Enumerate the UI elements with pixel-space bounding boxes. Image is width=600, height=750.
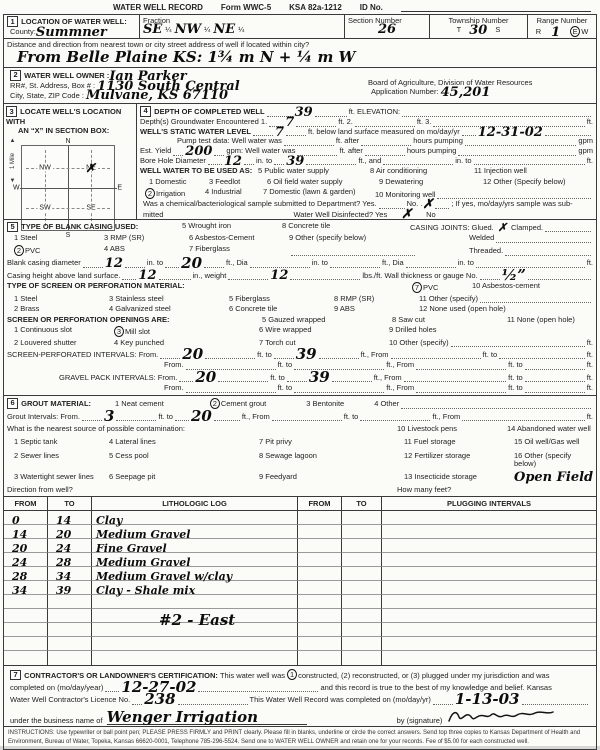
dotted-leader: [433, 698, 453, 705]
litho-from: 14: [4, 525, 47, 539]
screen-3: 3 Stainless steel: [109, 295, 229, 303]
west-east-line: [16, 188, 118, 189]
direction-from-well-label: Direction from well?: [7, 486, 397, 494]
dotted-leader: [462, 414, 584, 421]
contam-14: 14 Abandoned water well: [507, 425, 593, 433]
wall-thickness-label: lbs./ft. Wall thickness or gauge No.: [362, 272, 477, 281]
joints-glued-label: CASING JOINTS: Glued.: [410, 224, 494, 232]
dotted-leader: [476, 261, 585, 268]
dotted-leader: [205, 352, 255, 359]
plug-desc: [381, 539, 596, 553]
dotted-leader: [391, 352, 481, 359]
section-3-locate: 3LOCATE WELL'S LOCATION WITH AN “X” IN S…: [4, 104, 137, 219]
licence-label: Water Well Contractor's Licence No.: [10, 696, 130, 705]
col-lithologic-log: LITHOLOGIC LOG: [91, 497, 297, 511]
contam-16: 16 Other (specify below): [514, 452, 593, 469]
fraction-1: SE: [143, 25, 162, 35]
plug-desc: [381, 581, 596, 595]
dotted-leader: [480, 296, 591, 303]
dotted-leader: [83, 261, 103, 268]
disinfected-no-label: No: [426, 211, 436, 220]
groundwater-label: Depth(s) Groundwater Encountered: [140, 118, 259, 127]
pump-after-label: ft. after: [336, 137, 359, 146]
spi-to-value: 39: [296, 349, 317, 360]
dotted-leader: [173, 149, 183, 156]
col-from-2: FROM: [297, 497, 341, 511]
how-many-feet-label: How many feet?: [397, 486, 593, 494]
bore-diameter-value: 12: [224, 157, 242, 167]
ft-label: ft.: [587, 339, 593, 347]
grout-from-value: 3: [104, 411, 114, 422]
screen-2: 2 Brass: [14, 305, 109, 313]
use-2: Irrigation: [156, 189, 185, 198]
section-7-certification: 7 CONTRACTOR'S OR LANDOWNER'S CERTIFICAT…: [4, 665, 596, 726]
plug-to: [341, 539, 381, 553]
dotted-leader: [284, 139, 334, 146]
litho-desc: Medium Gravel: [91, 553, 297, 567]
address-label: RR#, St. Address, Box # :: [10, 82, 95, 91]
dotted-leader: [274, 158, 284, 165]
contam-11: 11 Fuel storage: [404, 438, 514, 446]
well-number-note: #2 - East: [159, 615, 235, 626]
col-plugging-intervals: PLUGGING INTERVALS: [381, 497, 596, 511]
application-number-label: Application Number:: [371, 88, 439, 97]
contam-3: 3 Watertight sewer lines: [14, 473, 109, 482]
ft-label: ft.: [587, 157, 593, 166]
dotted-leader: [250, 261, 310, 268]
opening-7: 7 Torch cut: [259, 339, 389, 347]
contam-13: 13 Insecticide storage: [404, 473, 514, 482]
screen-12: 12 None used (open hole): [419, 305, 593, 313]
ft-label: ft.: [587, 259, 593, 268]
screen-6: 6 Concrete tile: [229, 305, 334, 313]
openings-title: SCREEN OR PERFORATION OPENINGS ARE:: [7, 316, 262, 324]
section-3-title-2: AN “X” IN SECTION BOX:: [6, 126, 134, 135]
ftfrom-label: ft., From: [386, 384, 414, 393]
dotted-leader: [294, 386, 384, 393]
ftfrom-label: ft., From: [432, 413, 460, 422]
joints-threaded-label: Threaded.: [469, 247, 503, 255]
pump-hours-label: hours pumping: [413, 137, 463, 146]
dotted-leader: [522, 698, 589, 705]
other-casing-blank: [291, 249, 415, 256]
dia-into3-label: in. to: [458, 259, 474, 268]
dotted-leader: [287, 375, 307, 382]
range-east-circled: E: [570, 26, 580, 37]
dotted-leader: [435, 202, 449, 209]
fraction-label: Fraction: [143, 16, 341, 25]
section-4-depth: 4 DEPTH OF COMPLETED WELL 39 ft. ELEVATI…: [137, 104, 596, 219]
dotted-leader: [122, 273, 136, 280]
use-3: 3 Feedlot: [209, 178, 267, 186]
dotted-leader: [159, 273, 191, 280]
dotted-leader: [360, 414, 430, 421]
plug-from: [297, 511, 341, 525]
ftfrom-label: ft., From: [374, 374, 402, 383]
dotted-leader: [186, 386, 276, 393]
opening-1: 1 Continuous slot: [14, 326, 114, 337]
form-header: WATER WELL RECORD Form WWC-5 KSA 82a-121…: [3, 2, 597, 14]
dotted-leader: [132, 698, 142, 705]
litho-desc: Medium Gravel: [91, 525, 297, 539]
use-5: 5 Public water supply: [258, 167, 370, 175]
ftto-label: ft. to: [158, 413, 173, 422]
dotted-leader: [525, 363, 585, 370]
grout-4: 4 Other: [374, 400, 399, 409]
dotted-leader: [525, 386, 585, 393]
signature-scrawl: [446, 708, 556, 724]
from-label: From.: [164, 361, 184, 370]
dotted-leader: [505, 249, 591, 256]
dotted-leader: [480, 273, 500, 280]
gauge-value: ½”: [502, 270, 526, 281]
grout-2: Cement grout: [221, 399, 266, 408]
contam-8: 8 Sewage lagoon: [259, 452, 404, 469]
east-label: E: [117, 185, 122, 192]
casing-3: 3 RMP (SR): [104, 234, 189, 242]
grout-3: 3 Bentonite: [306, 400, 344, 409]
casing-4: 4 ABS: [104, 245, 189, 256]
cert-line1b: constructed, (2) reconstructed, or (3) p…: [298, 672, 549, 681]
screen-7: PVC: [423, 283, 438, 292]
dotted-leader: [499, 352, 585, 359]
arrow-up-icon: ▲: [10, 138, 16, 144]
litho-from: 0: [4, 511, 47, 525]
ft-label: ft.: [587, 351, 593, 360]
use-2-circled: 2: [145, 188, 155, 199]
business-name-value: Wenger Irrigation: [107, 708, 259, 726]
screen-7-circled: 7: [412, 282, 422, 293]
litho-to-value: 24: [56, 545, 71, 553]
dotted-leader: [274, 352, 294, 359]
dotted-leader: [218, 375, 268, 382]
ftfrom-label: ft., From: [242, 413, 270, 422]
section-3-4-region: 3LOCATE WELL'S LOCATION WITH AN “X” IN S…: [4, 103, 596, 219]
lithologic-log-table: FROM TO LITHOLOGIC LOG FROM TO PLUGGING …: [4, 496, 596, 665]
record-completed-label: This Water Well Record was completed on …: [250, 696, 431, 705]
litho-desc-value: Fine Gravel: [96, 545, 167, 553]
dotted-leader: [272, 414, 342, 421]
litho-from: 24: [4, 553, 47, 567]
litho-to-value: 39: [56, 587, 71, 595]
casing-height-label: Casing height above land surface.: [7, 272, 120, 281]
dia-ftdia-label: ft., Dia: [226, 259, 248, 268]
weight-label: in., weight: [193, 272, 227, 281]
dia-into2-label: in. to: [312, 259, 328, 268]
plug-desc: [381, 525, 596, 539]
ft-label: ft.: [587, 384, 593, 393]
section-7-number: 7: [10, 670, 21, 681]
plug-to: [341, 511, 381, 525]
section-5-number: 5: [7, 222, 18, 232]
litho-desc: Fine Gravel: [91, 539, 297, 553]
contamination-title: What is the nearest source of possible c…: [7, 425, 397, 433]
dotted-leader: [198, 685, 318, 692]
casing-8: 8 Concrete tile: [282, 222, 410, 232]
use-9: 9 Dewatering: [379, 178, 483, 186]
arrow-down-icon: ▼: [10, 178, 16, 184]
dotted-leader: [332, 375, 372, 382]
dotted-leader: [294, 363, 384, 370]
form-number: Form WWC-5: [221, 3, 271, 12]
use-6: 6 Oil field water supply: [267, 178, 379, 186]
groundwater-2: ft. 2.: [338, 118, 353, 127]
static-level-label: WELL'S STATIC WATER LEVEL: [140, 128, 251, 137]
cert-line1a: This water well was: [220, 672, 285, 681]
dotted-leader: [82, 414, 102, 421]
section-2-number: 2: [10, 70, 21, 81]
litho-to-value: 28: [56, 559, 71, 567]
dotted-leader: [545, 129, 591, 136]
use-title: WELL WATER TO BE USED AS:: [140, 167, 258, 175]
use-11: 11 Injection well: [474, 167, 593, 175]
use-7: 7 Domestic (lawn & garden): [263, 188, 375, 199]
ft-label: ft.: [587, 118, 593, 127]
dotted-leader: [125, 261, 145, 268]
range-value: 1: [551, 28, 560, 38]
blank-dia-value: 12: [105, 259, 123, 269]
contam-2: 2 Sewer lines: [14, 452, 109, 469]
section-6-number: 6: [7, 398, 18, 409]
gravel-to-value: 39: [309, 372, 330, 383]
contam-12: 12 Fertilizer storage: [404, 452, 514, 469]
ftto-label: ft. to: [508, 384, 523, 393]
city-label: City, State, ZIP Code :: [10, 92, 84, 101]
bore-depth-value: 39: [286, 157, 304, 167]
depth-label: DEPTH OF COMPLETED WELL: [154, 108, 264, 117]
litho-to-value: 34: [56, 573, 71, 581]
dotted-leader: [365, 149, 405, 156]
gravel-pack-label: GRAVEL PACK INTERVALS: From.: [59, 374, 177, 383]
litho-desc-value: Medium Gravel w/clay: [96, 573, 232, 581]
joints-clamped-label: Clamped.: [511, 224, 543, 232]
section-1-location: 1LOCATION OF WATER WELL: County:Summner …: [4, 15, 596, 38]
disinfected-x-mark: ✗: [401, 210, 412, 220]
screen-10: 10 Asbestos-cement: [472, 282, 593, 293]
sw-quadrant-label: SW: [37, 205, 52, 212]
township-value: 30: [469, 26, 487, 36]
litho-to: 34: [47, 567, 91, 581]
litho-from-value: 28: [12, 573, 27, 581]
dotted-leader: [160, 352, 180, 359]
ftto-label: ft. to: [270, 374, 285, 383]
dotted-leader: [474, 158, 585, 165]
licence-value: 238: [144, 694, 175, 705]
depth-value: 39: [295, 108, 313, 118]
grout-title: GROUT MATERIAL:: [21, 400, 91, 409]
litho-desc-value: Clay: [96, 517, 122, 525]
dotted-leader: [525, 375, 585, 382]
groundwater-3: ft. 3.: [417, 118, 432, 127]
opening-2: 2 Louvered shutter: [14, 339, 114, 347]
litho-to-value: 20: [56, 531, 71, 539]
litho-from-value: 34: [12, 587, 27, 595]
business-name-label: under the business name of: [10, 717, 103, 726]
contam-15: 15 Oil well/Gas well: [514, 438, 593, 446]
dotted-leader: [406, 261, 456, 268]
contam-9: 9 Feedyard: [259, 473, 404, 482]
dotted-leader: [451, 340, 585, 347]
contam-6: 6 Seepage pit: [109, 473, 259, 482]
dotted-leader: [286, 129, 306, 136]
range-r: R: [536, 28, 541, 37]
township-s: S: [495, 26, 500, 35]
contam-1: 1 Septic tank: [14, 438, 109, 446]
litho-to: 28: [47, 553, 91, 567]
blank-dia-depth: 20: [181, 258, 202, 269]
dotted-leader: [290, 273, 360, 280]
dotted-leader: [496, 236, 591, 243]
quarter-2: ¼: [204, 25, 210, 34]
dotted-leader: [204, 261, 224, 268]
dotted-leader: [401, 402, 591, 409]
litho-from-value: 24: [12, 559, 27, 567]
fraction-3: NE: [213, 25, 235, 35]
opening-3: Mill slot: [125, 327, 150, 336]
dotted-leader: [208, 158, 222, 165]
static-level-date: 12-31-02: [478, 128, 543, 138]
form-id-label: ID No.: [360, 3, 383, 12]
contam-4: 4 Lateral lines: [109, 438, 259, 446]
litho-from-value: 20: [12, 545, 27, 553]
screen-8: 8 RMP (SR): [334, 295, 419, 303]
completed-on-label: completed on (mo/day/year): [10, 684, 103, 693]
casing-6: 6 Asbestos-Cement: [189, 234, 289, 242]
opening-9: 9 Drilled holes: [389, 326, 593, 337]
record-completed-date: 1-13-03: [455, 694, 520, 705]
dotted-leader: [179, 375, 193, 382]
grout-1: 1 Neat cement: [115, 400, 164, 409]
spi-label: SCREEN-PERFORATED INTERVALS: From.: [7, 351, 158, 360]
quarter-dash-v1: [45, 150, 46, 226]
litho-desc-value: Medium Gravel: [96, 559, 190, 567]
dotted-leader: [228, 273, 268, 280]
weight-value: 12: [270, 271, 288, 281]
casing-7: 7 Fiberglass: [189, 245, 289, 256]
litho-to: 39: [47, 581, 91, 595]
ftto-label: ft. to: [508, 374, 523, 383]
section-3-number: 3: [6, 106, 17, 117]
opening-5: 5 Gauzed wrapped: [262, 316, 392, 324]
plug-to: [341, 581, 381, 595]
section-2-owner: 2WATER WELL OWNER :Ian Parker RR#, St. A…: [4, 67, 596, 103]
screen-1: 1 Steel: [14, 295, 109, 303]
bore-into-label: in. to: [256, 157, 272, 166]
joints-welded-label: Welded: [469, 234, 494, 242]
plug-to: [341, 525, 381, 539]
plug-desc: [381, 553, 596, 567]
grout-to-value: 20: [191, 411, 212, 422]
ftto-label: ft. to: [278, 384, 293, 393]
pump-gpm-label: gpm: [578, 137, 593, 146]
plug-to: [341, 567, 381, 581]
spi-from-value: 20: [182, 349, 203, 360]
section-number-value: 26: [378, 22, 396, 37]
litho-desc: Clay: [91, 511, 297, 525]
dotted-leader: [545, 225, 591, 232]
quarter-1: ¼: [165, 25, 171, 34]
disinfected-label: Water Well Disinfected? Yes: [293, 211, 387, 220]
dotted-leader: [404, 375, 507, 382]
ftto-label: ft. to: [257, 351, 272, 360]
opening-6: 6 Wire wrapped: [259, 326, 389, 337]
litho-to: 14: [47, 511, 91, 525]
col-to-2: TO: [341, 497, 381, 511]
casing-2: PVC: [25, 246, 40, 255]
range-west: W: [581, 27, 588, 36]
dotted-leader: [355, 120, 415, 127]
plug-from: [297, 539, 341, 553]
se-quadrant-label: SE: [84, 205, 97, 212]
joints-glued-x: ✗: [498, 224, 507, 232]
dotted-leader: [361, 139, 411, 146]
quarter-3: ¼: [238, 25, 244, 34]
casing-height-value: 12: [138, 271, 156, 281]
yield-hours-label: hours pumping: [407, 147, 457, 156]
dotted-leader: [462, 129, 476, 136]
litho-from-value: 0: [12, 517, 20, 525]
city-value: Mulvane, KS 67110: [86, 91, 228, 101]
casing-2-circled: 2: [14, 245, 24, 256]
from-label: From.: [164, 384, 184, 393]
litho-to: 20: [47, 525, 91, 539]
distance-value: From Belle Plaine KS: 1¾ m N + ¼ m W: [17, 48, 355, 66]
plug-to: [341, 553, 381, 567]
casing-title: TYPE OF BLANK CASING USED:: [21, 222, 138, 231]
dotted-leader: [178, 698, 248, 705]
instructions-line-1: INSTRUCTIONS: Use typewriter or ball poi…: [8, 729, 592, 738]
dotted-leader: [244, 158, 254, 165]
application-number-value: 45,201: [441, 88, 491, 98]
grout-intervals-label: Grout Intervals: From.: [7, 413, 80, 422]
one-mile-label: 1 Mile: [10, 153, 16, 169]
ftto-label: ft. to: [344, 413, 359, 422]
litho-from-value: 14: [12, 531, 27, 539]
chem-right-label: ; If yes, mo/day/yrs sample was sub-: [451, 200, 572, 209]
plug-from: [297, 553, 341, 567]
range-label: Range Number: [531, 16, 593, 25]
contam-other-value: Open Field: [514, 473, 593, 483]
litho-from: 20: [4, 539, 47, 553]
chem-sample-label: Was a chemical/bacteriological sample su…: [143, 200, 377, 209]
casing-9: 9 Other (specify below): [289, 234, 417, 242]
dotted-leader: [330, 261, 380, 268]
litho-desc-value: Clay - Shale mix: [96, 587, 195, 595]
ft-label: ft.: [587, 361, 593, 370]
dotted-leader: [416, 363, 506, 370]
groundwater-1: 1.: [261, 118, 267, 127]
blank-dia-label: Blank casing diameter: [7, 259, 81, 268]
opening-10: 10 Other (specify): [389, 339, 449, 347]
dotted-leader: [214, 414, 240, 421]
plug-desc: [381, 511, 596, 525]
dotted-leader: [165, 261, 179, 268]
yield-gpm-label: gpm: [578, 147, 593, 156]
screen-11: 11 Other (specify): [419, 295, 478, 303]
section-5-casing: 5TYPE OF BLANK CASING USED: 5 Wrought ir…: [4, 219, 596, 395]
county-value: Summner: [36, 28, 107, 38]
plug-from: [297, 525, 341, 539]
nw-quadrant-label: NW: [37, 164, 53, 171]
use-12: 12 Other (Specify below): [483, 178, 593, 186]
opening-8: 8 Saw cut: [392, 316, 507, 324]
dotted-leader: [253, 129, 273, 136]
dotted-leader: [105, 685, 119, 692]
id-blank-line: [401, 4, 591, 12]
col-to-1: TO: [47, 497, 91, 511]
contam-5: 5 Cess pool: [109, 452, 259, 469]
dotted-leader: [319, 352, 359, 359]
